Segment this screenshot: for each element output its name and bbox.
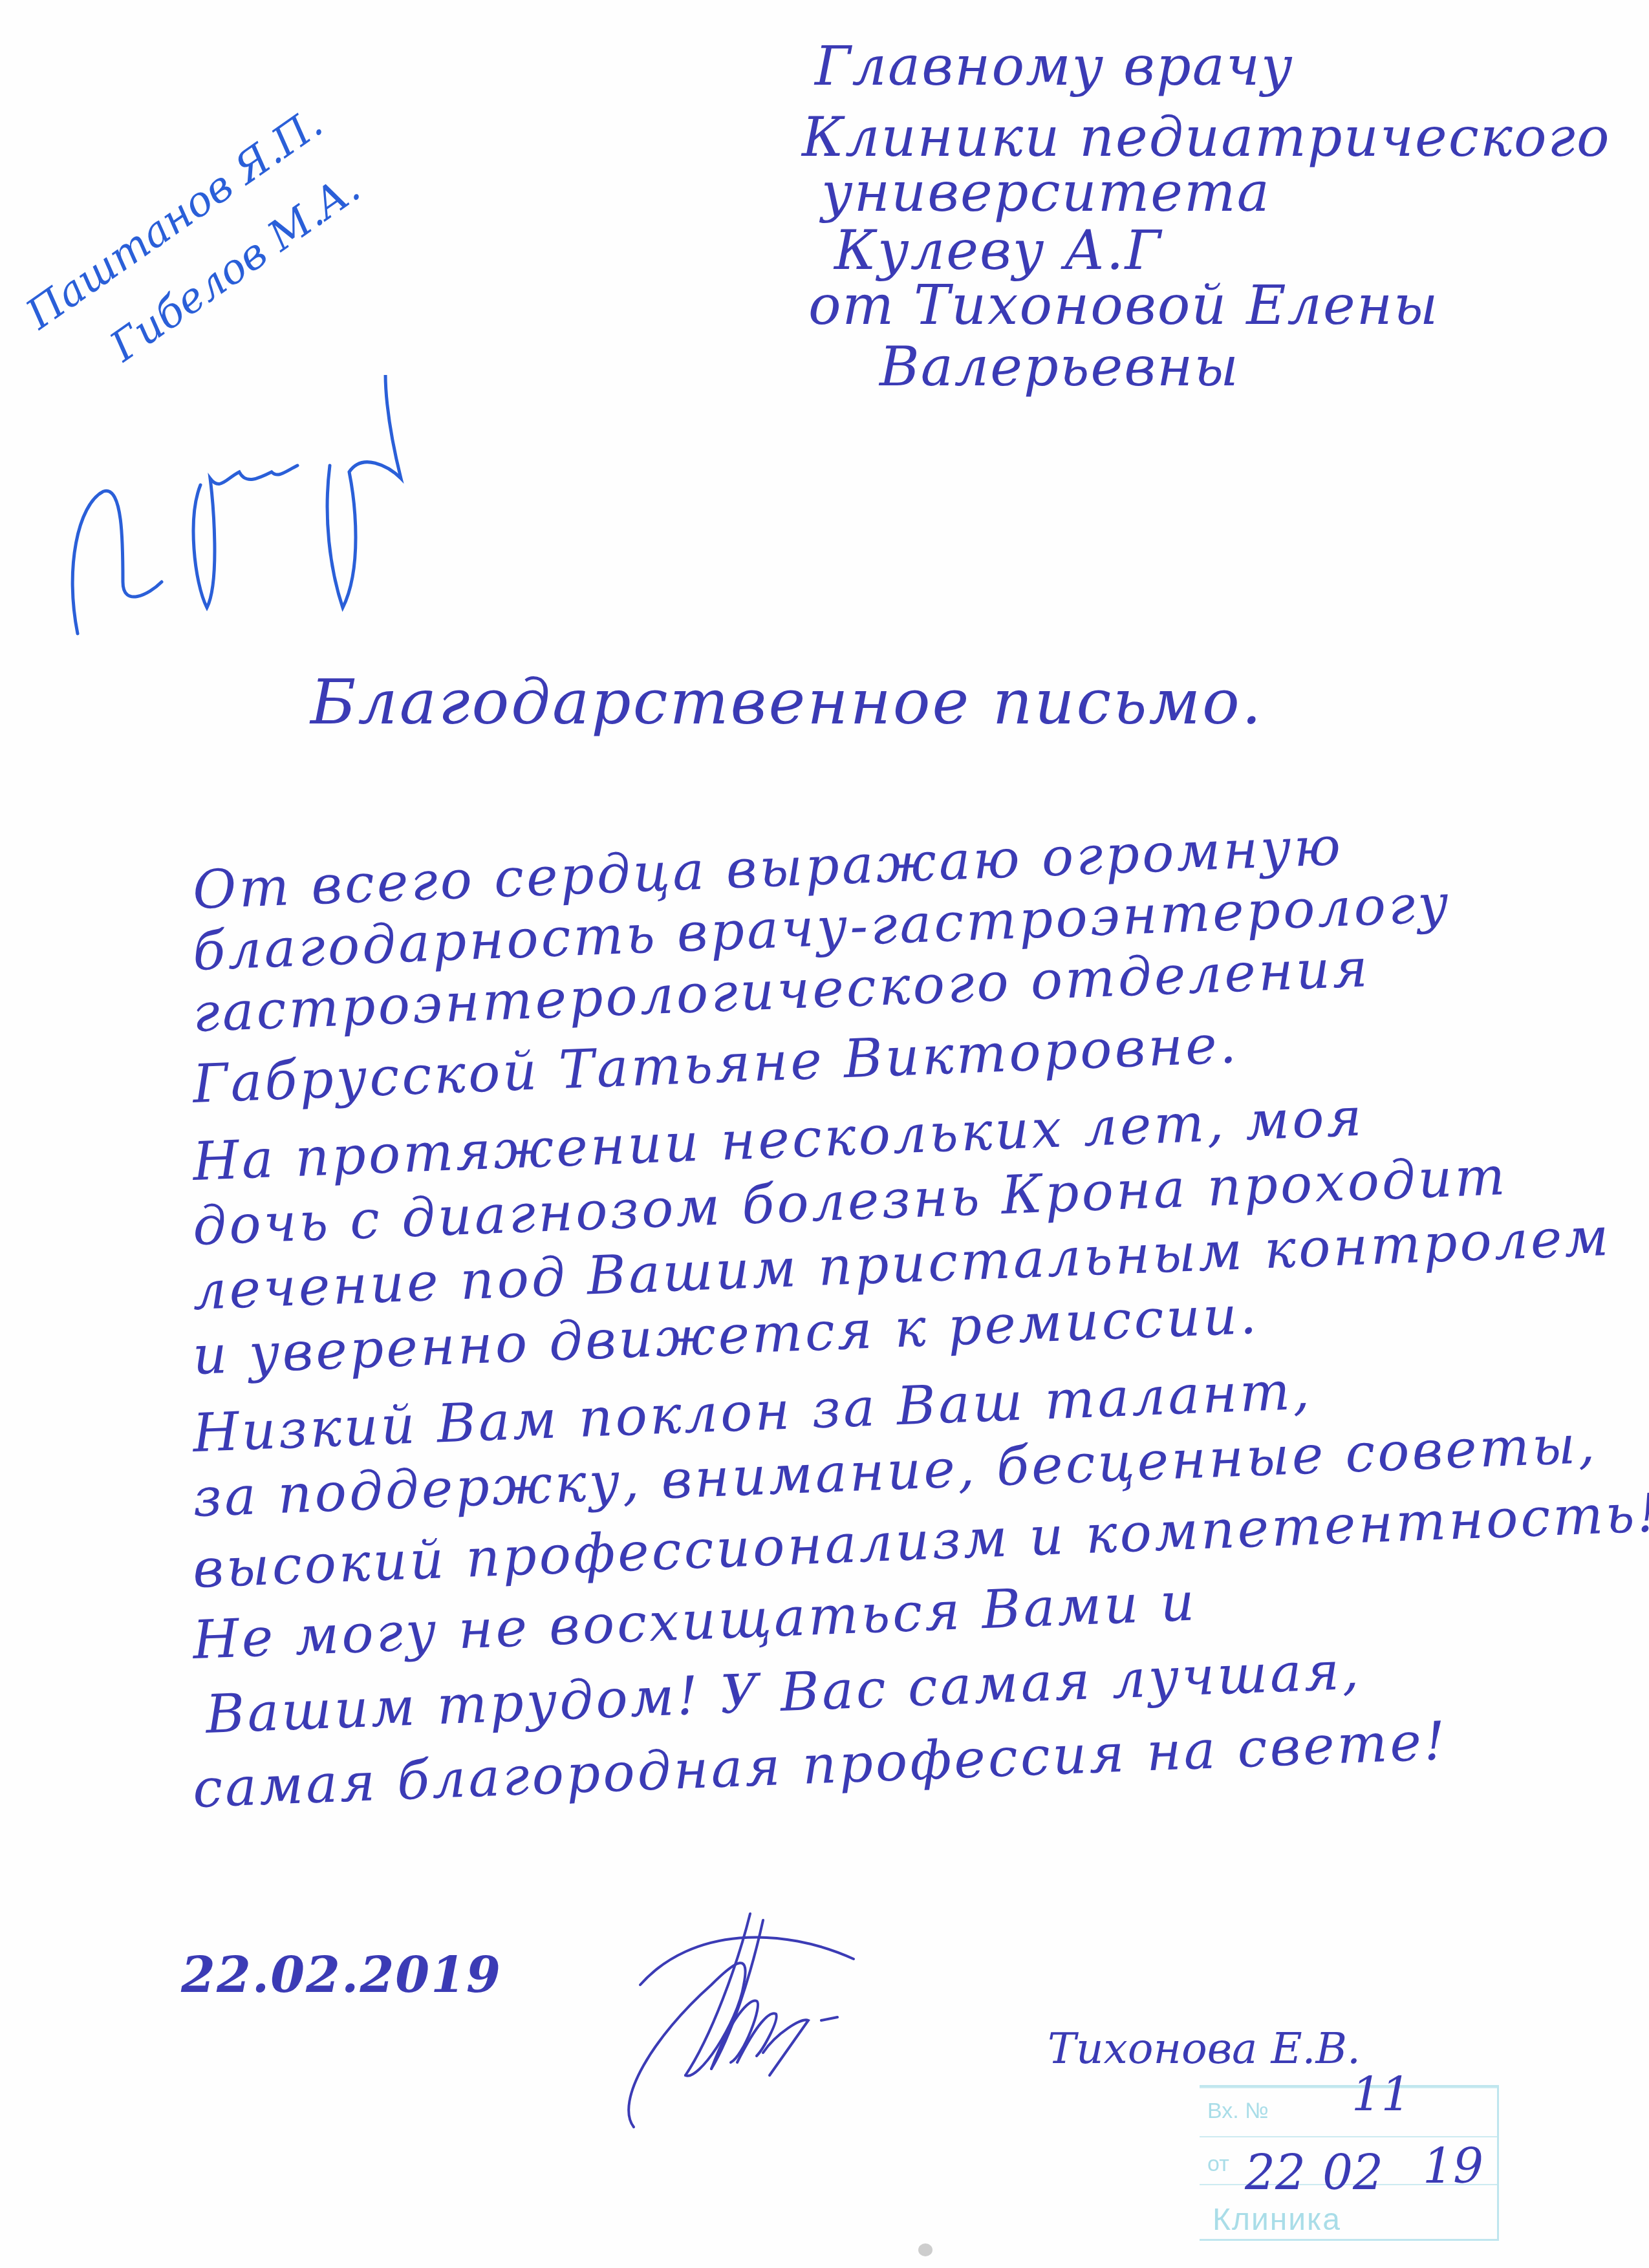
stamp-organization: Клиника: [1212, 2202, 1341, 2238]
addressee-line: Клиники педиатрического: [802, 110, 1611, 164]
stamp-label-from: от: [1207, 2152, 1229, 2177]
author-name: Тихонова Е.В.: [1048, 2024, 1361, 2073]
author-signature-icon: [614, 1888, 1015, 2134]
addressee-line: Кулеву А.Г: [834, 223, 1162, 277]
letter-title: Благодарственное письмо.: [310, 666, 1263, 738]
stamp-handwritten-day: 22: [1245, 2145, 1306, 2201]
addressee-line: Главному врачу: [815, 39, 1294, 93]
stamp-divider: [1200, 2087, 1497, 2088]
addressee-line: университета: [821, 165, 1271, 219]
scan-smudge: [918, 2243, 932, 2256]
addressee-line: от Тихоновой Елены: [808, 278, 1439, 332]
registration-stamp: Вх. № от Клиника 11 22 02 19: [1200, 2085, 1499, 2241]
resolution-note: Паштанов Я.П. Гибелов М.А.: [39, 129, 440, 647]
stamp-handwritten-number: 11: [1352, 2068, 1411, 2122]
stamp-label-number: Вх. №: [1207, 2099, 1269, 2124]
letter-date: 22.02.2019: [181, 1946, 502, 2004]
stamp-handwritten-year: 19: [1423, 2139, 1483, 2194]
addressee-line: Валерьевны: [879, 339, 1240, 394]
scanned-letter-page: Паштанов Я.П. Гибелов М.А. Главному врач…: [0, 0, 1649, 2268]
resolution-signature-icon: [52, 375, 414, 647]
stamp-divider: [1200, 2136, 1497, 2137]
stamp-handwritten-month: 02: [1322, 2145, 1383, 2201]
